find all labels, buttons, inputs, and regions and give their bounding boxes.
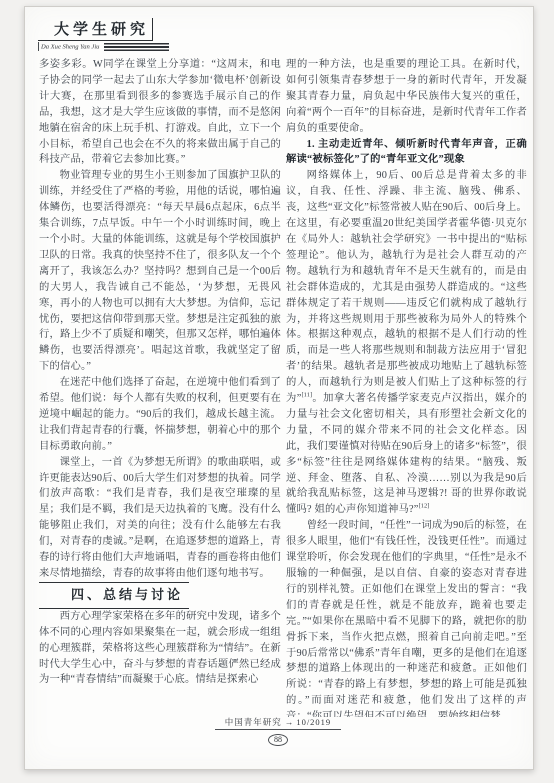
column-right: 理的一种方法，也是重要的理论工具。在新时代，如何引领集青春梦想于一身的新时代青年…: [286, 57, 527, 717]
paragraph: 物业管理专业的男生小王则参加了国旗护卫队的训练，并经受住了严格的考验，用他的话说…: [39, 168, 281, 375]
reference-marker: [12]: [419, 503, 430, 510]
footer-journal-name: 中国青年研究: [225, 717, 282, 727]
journal-logo: 大学生研究 Da Xue Sheng Yan Jiu: [38, 18, 168, 51]
reference-marker: [11]: [302, 392, 313, 399]
paragraph-text: 。加拿大著名传播学家麦克卢汉指出，媒介的力量与社会文化密切相关，具有形塑社会新文…: [286, 393, 527, 515]
footer-journal-line: 中国青年研究→10/2019: [215, 716, 341, 730]
paragraph: 多姿多彩。W同学在课堂上分享道：“这周末，和电子协会的同学一起去了山东大学参加‘…: [39, 57, 281, 168]
subsection-heading: 1. 主动走近青年、倾听新时代青年声音，正确解读“被标签化”了的“青年亚文化”现…: [286, 137, 527, 169]
paragraph: 在迷茫中他们选择了奋起，在逆境中他们看到了希望。他们说：每个人都有失败的权利，但…: [39, 375, 281, 455]
journal-logo-title-row: 大学生研究: [38, 18, 168, 41]
paragraph: 理的一种方法，也是重要的理论工具。在新时代，如何引领集青春梦想于一身的新时代青年…: [286, 57, 527, 137]
logo-rule-lines: [104, 43, 169, 51]
paragraph: 西方心理学家荣格在多年的研究中发现，诸多个体不同的心理内容如果聚集在一起，就会形…: [39, 609, 281, 689]
paragraph-text: 网络媒体上，90后、00后总是背着太多的非议，自我、任性、浮躁、非主流、脑残、佛…: [286, 170, 527, 404]
page-footer: 中国青年研究→10/2019 88: [24, 712, 532, 747]
page-number: 88: [268, 734, 288, 746]
journal-logo-title: 大学生研究: [38, 18, 153, 41]
column-left: 多姿多彩。W同学在课堂上分享道：“这周末，和电子协会的同学一起去了山东大学参加‘…: [39, 57, 281, 717]
paragraph: 网络媒体上，90后、00后总是背着太多的非议，自我、任性、浮躁、非主流、脑残、佛…: [286, 168, 527, 518]
page-number-badge: 88: [24, 729, 532, 747]
paragraph: 曾经一段时间，“任性”一词成为90后的标签，在很多人眼里，他们“有钱任性，没钱更…: [286, 518, 527, 717]
section-heading: 四、总结与讨论: [39, 582, 189, 609]
journal-logo-pinyin: Da Xue Sheng Yan Jiu: [41, 43, 99, 50]
journal-logo-pinyin-row: Da Xue Sheng Yan Jiu: [38, 42, 169, 51]
footer-arrow-icon: →: [285, 717, 294, 727]
paragraph: 课堂上，一首《为梦想无所谓》的歌曲联唱，或许更能表达90后、00后大学生们对梦想…: [39, 455, 281, 582]
footer-issue: 10/2019: [296, 717, 331, 727]
